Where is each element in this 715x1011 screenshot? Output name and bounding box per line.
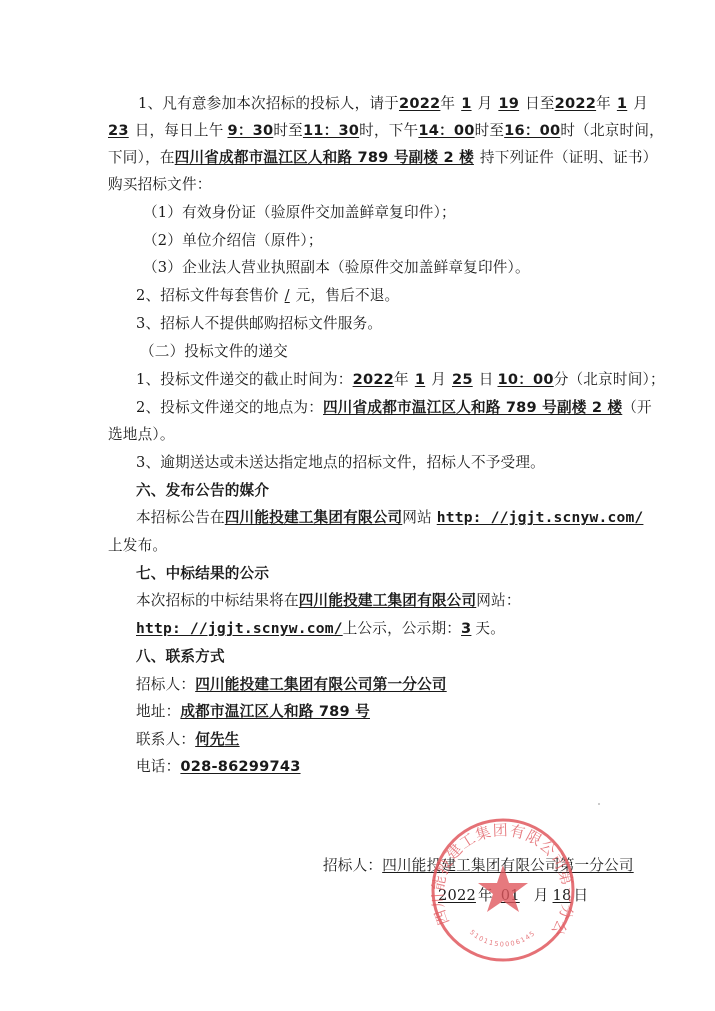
text: 1、凡有意参加本次招标的投标人，请于 <box>138 95 399 112</box>
label: 电话： <box>136 758 180 775</box>
text: 持下列证件（证明、证书） <box>480 149 658 166</box>
text: 2、投标文件递交的地点为： <box>136 399 323 416</box>
media-line-cont: 上发布。 <box>108 537 167 555</box>
price-line: 2、招标文件每套售价/元，售后不退。 <box>136 287 399 305</box>
text: 下同），在 <box>108 149 175 166</box>
text: 时至 <box>475 122 505 139</box>
company-name: 四川能投建工集团有限公司 <box>225 509 403 526</box>
text: 月 <box>431 371 446 388</box>
pm-end-time: 16：00 <box>504 122 560 139</box>
result-line: 本次招标的中标结果将在四川能投建工集团有限公司网站： <box>136 592 521 610</box>
contact-heading: 八、联系方式 <box>136 648 225 666</box>
text: 年 <box>596 95 611 112</box>
text: 1、投标文件递交的截止时间为： <box>136 371 353 388</box>
text: 年 <box>440 95 455 112</box>
document-item-1: （1）有效身份证（验原件交加盖鲜章复印件）； <box>143 204 456 222</box>
place-line: 2、投标文件递交的地点为：四川省成都市温江区人和路 789 号副楼 2 楼（开 <box>136 399 652 417</box>
company-seal-icon: 四川能投建工集团有限公司第一分公司 5101150006145 <box>430 817 576 963</box>
deadline-time: 10：00 <box>498 371 554 388</box>
media-line: 本招标公告在四川能投建工集团有限公司网站 http: //jgjt.scnyw.… <box>136 509 643 527</box>
purchase-location: 四川省成都市温江区人和路 789 号副楼 2 楼 <box>175 149 480 166</box>
text: 本招标公告在 <box>136 509 225 526</box>
contact-address: 地址：成都市温江区人和路 789 号 <box>136 703 370 721</box>
text: 网站： <box>476 592 520 609</box>
purchase-para-line-3: 下同），在四川省成都市温江区人和路 789 号副楼 2 楼持下列证件（证明、证书… <box>108 149 657 167</box>
text: 本次招标的中标结果将在 <box>136 592 299 609</box>
text: 时，下午 <box>359 122 418 139</box>
deadline-year: 2022 <box>353 371 394 388</box>
end-year: 2022 <box>555 95 596 112</box>
company-name: 四川能投建工集团有限公司 <box>299 592 477 609</box>
purchase-para-line-4: 购买招标文件： <box>108 176 212 194</box>
document-item-3: （3）企业法人营业执照副本（验原件交加盖鲜章复印件）。 <box>143 259 530 277</box>
contact-person: 联系人：何先生 <box>136 731 240 749</box>
text: 日至 <box>525 95 555 112</box>
document-item-2: （2）单位介绍信（原件）； <box>143 232 323 250</box>
media-heading: 六、发布公告的媒介 <box>136 482 269 500</box>
contact-phone: 电话：028-86299743 <box>136 758 301 776</box>
deadline-day: 25 <box>446 371 479 388</box>
website-link[interactable]: http: //jgjt.scnyw.com/ <box>437 509 644 526</box>
text: 2、招标文件每套售价 <box>136 287 279 304</box>
text: 元，售后不退。 <box>296 287 400 304</box>
text: 分（北京时间）； <box>554 371 665 388</box>
purchase-para-line-2: 23日，每日上午9：30时至11：30时，下午14：00时至16：00时（北京时… <box>108 122 664 140</box>
text: 月 <box>633 95 648 112</box>
text: 月 <box>478 95 493 112</box>
end-day: 23 <box>108 122 135 139</box>
website-link[interactable]: http: //jgjt.scnyw.com/ <box>136 620 343 637</box>
text: 上公示，公示期： <box>343 620 461 637</box>
am-end-time: 11：30 <box>303 122 359 139</box>
end-month: 1 <box>611 95 633 112</box>
text: （开 <box>622 399 652 416</box>
start-day: 19 <box>492 95 525 112</box>
late-line: 3、逾期送达或未送达指定地点的招标文件，招标人不予受理。 <box>136 454 545 472</box>
label: 地址： <box>136 703 180 720</box>
am-start-time: 9：30 <box>227 122 273 139</box>
scan-speck <box>598 803 600 805</box>
purchase-para-line-1: 1、凡有意参加本次招标的投标人，请于2022年1月19日至2022年1月 <box>138 95 648 113</box>
result-heading: 七、中标结果的公示 <box>136 565 269 583</box>
contact-tenderer: 招标人：四川能投建工集团有限公司第一分公司 <box>136 676 447 694</box>
submission-heading: （二）投标文件的递交 <box>140 343 288 361</box>
svg-text:5101150006145: 5101150006145 <box>468 928 537 948</box>
text: 网站 <box>402 509 436 526</box>
text: 时至 <box>273 122 303 139</box>
label: 招标人： <box>323 857 382 874</box>
label: 招标人： <box>136 676 195 693</box>
submission-location: 四川省成都市温江区人和路 789 号副楼 2 楼 <box>323 399 622 416</box>
text: 日，每日上午 <box>135 122 224 139</box>
address-value: 成都市温江区人和路 789 号 <box>180 703 370 720</box>
tenderer-name: 四川能投建工集团有限公司第一分公司 <box>195 676 447 693</box>
pm-start-time: 14：00 <box>418 122 474 139</box>
publicity-days: 3 <box>461 620 475 637</box>
place-line-cont: 选地点）。 <box>108 426 175 444</box>
text: 天。 <box>475 620 505 637</box>
deadline-line: 1、投标文件递交的截止时间为：2022年1月25日10：00分（北京时间）； <box>136 371 665 389</box>
start-year: 2022 <box>399 95 440 112</box>
label: 联系人： <box>136 731 195 748</box>
text: 时（北京时间， <box>560 122 664 139</box>
no-mail-line: 3、招标人不提供邮购招标文件服务。 <box>136 315 382 333</box>
phone-value: 028-86299743 <box>180 758 300 775</box>
contact-name: 何先生 <box>195 731 239 748</box>
text: 年 <box>394 371 409 388</box>
text: 日 <box>479 371 494 388</box>
start-month: 1 <box>455 95 477 112</box>
deadline-month: 1 <box>409 371 431 388</box>
price-value: / <box>279 287 296 304</box>
result-line-2: http: //jgjt.scnyw.com/上公示，公示期：3天。 <box>136 620 505 638</box>
